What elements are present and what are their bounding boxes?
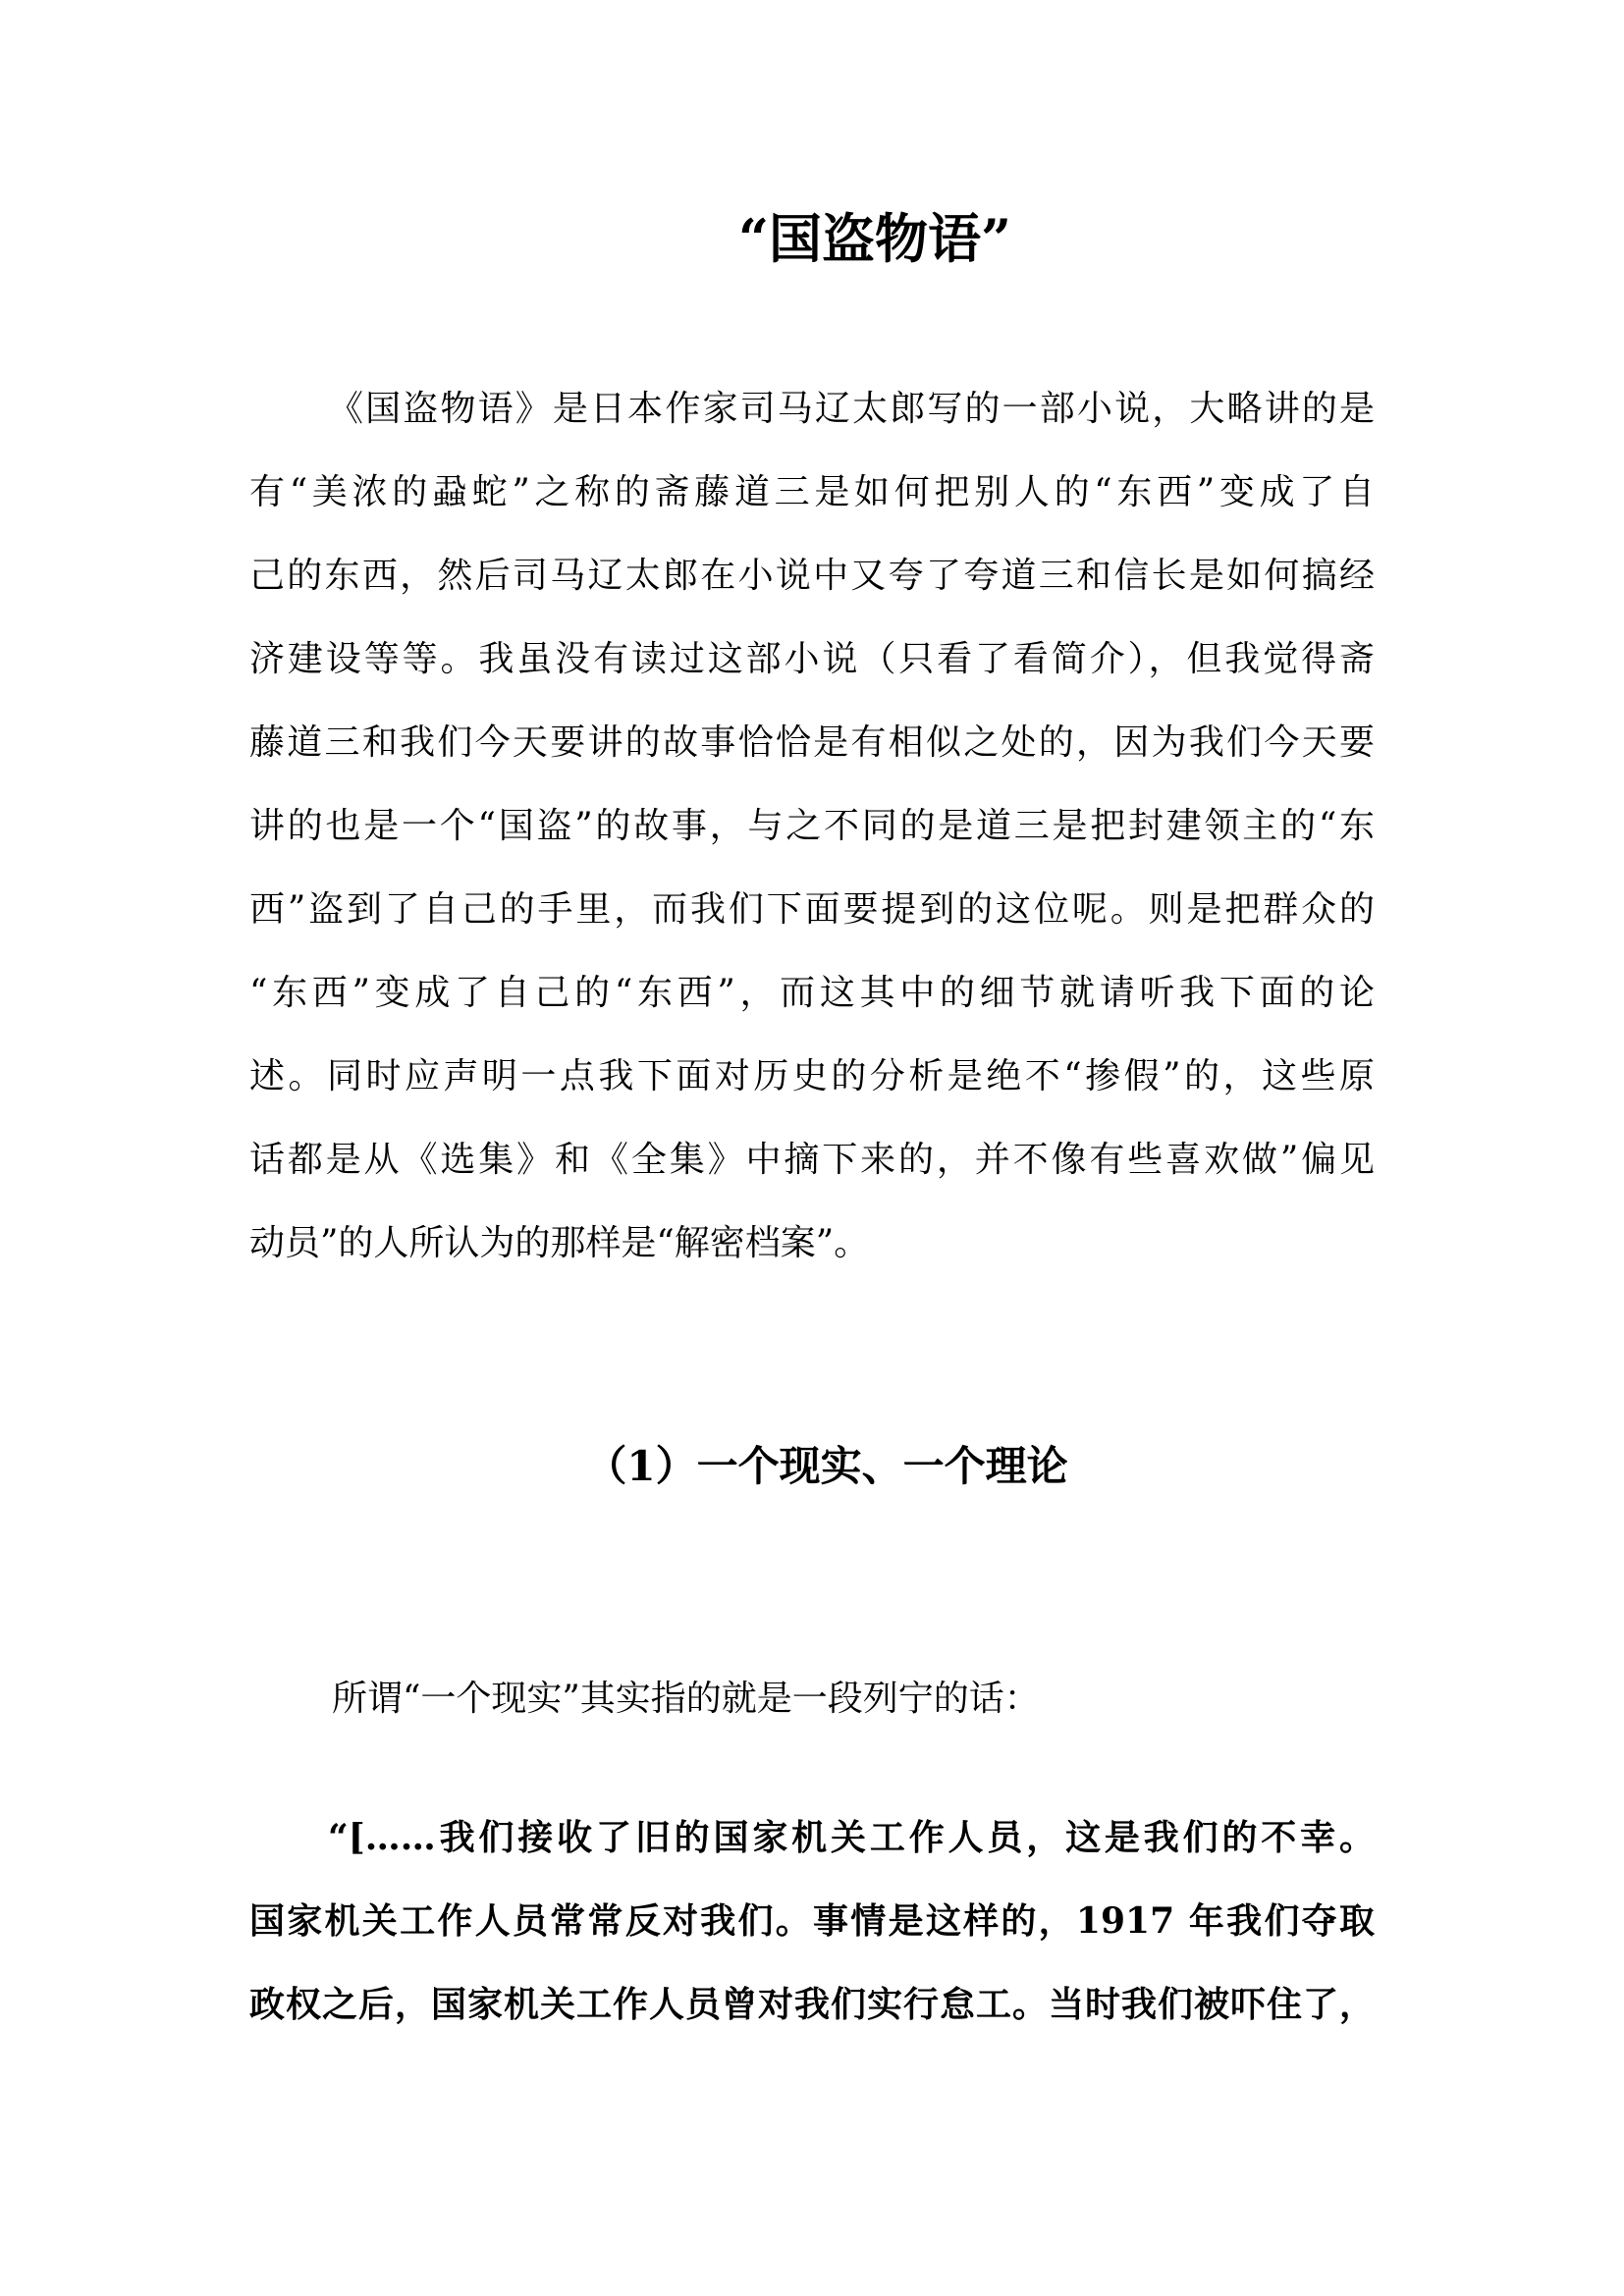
quote-line: “[……我们接收了旧的国家机关工作人员，这是我们的不幸。 [249,1796,1375,1880]
quote-paragraph: “[……我们接收了旧的国家机关工作人员，这是我们的不幸。 国家机关工作人员常常反… [249,1796,1375,2047]
paragraph-line: 西”盗到了自己的手里，而我们下面要提到的这位呢。则是把群众的 [249,868,1375,951]
paragraph-line: “东西”变成了自己的“东西”，而这其中的细节就请听我下面的论 [249,951,1375,1035]
document-page: “国盗物语” 《国盗物语》是日本作家司马辽太郎写的一部小说，大略讲的是 有“美浓… [0,0,1624,2296]
paragraph-line: 动员”的人所认为的那样是“解密档案”。 [249,1201,1375,1285]
paragraph-line: 《国盗物语》是日本作家司马辽太郎写的一部小说，大略讲的是 [249,367,1375,451]
section-heading: （1）一个现实、一个理论 [249,1424,1375,1508]
document-content: “国盗物语” 《国盗物语》是日本作家司马辽太郎写的一部小说，大略讲的是 有“美浓… [249,0,1375,2047]
quote-line: 国家机关工作人员常常反对我们。事情是这样的，1917 年我们夺取 [249,1880,1375,1963]
paragraph-line: 己的东西，然后司马辽太郎在小说中又夸了夸道三和信长是如何搞经 [249,534,1375,617]
paragraph-line: 话都是从《选集》和《全集》中摘下来的，并不像有些喜欢做”偏见 [249,1118,1375,1201]
lead-paragraph: 所谓“一个现实”其实指的就是一段列宁的话： [249,1657,1375,1740]
paragraph-line: 述。同时应声明一点我下面对历史的分析是绝不“掺假”的，这些原 [249,1035,1375,1118]
quote-line: 政权之后，国家机关工作人员曾对我们实行怠工。当时我们被吓住了， [249,1963,1375,2047]
paragraph-line: 讲的也是一个“国盗”的故事，与之不同的是道三是把封建领主的“东 [249,784,1375,868]
paragraph-line: 有“美浓的蝨蛇”之称的斋藤道三是如何把别人的“东西”变成了自 [249,451,1375,534]
paragraph-line: 济建设等等。我虽没有读过这部小说（只看了看简介），但我觉得斋 [249,617,1375,701]
document-title: “国盗物语” [249,208,1375,269]
body-paragraph: 《国盗物语》是日本作家司马辽太郎写的一部小说，大略讲的是 有“美浓的蝨蛇”之称的… [249,367,1375,1285]
paragraph-line: 藤道三和我们今天要讲的故事恰恰是有相似之处的，因为我们今天要 [249,701,1375,784]
